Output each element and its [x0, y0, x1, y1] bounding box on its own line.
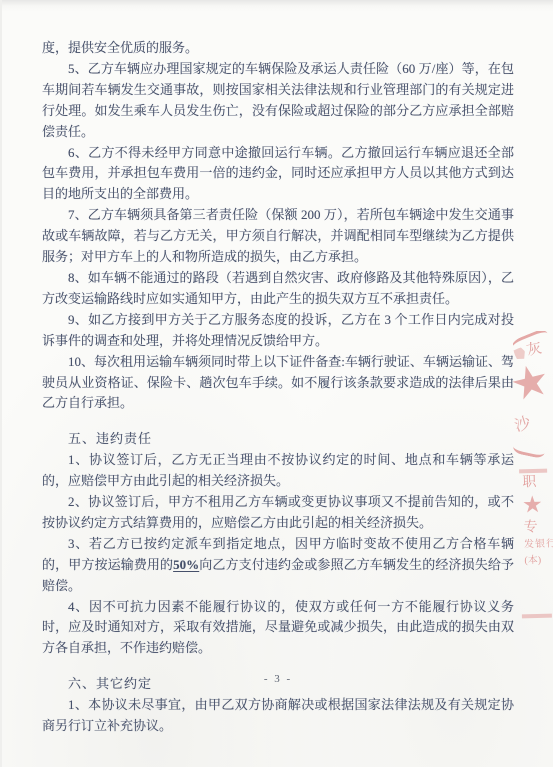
paragraph: 10、每次租用运输车辆须同时带上以下证件备查:车辆行驶证、车辆运输证、驾驶员从业… — [42, 352, 514, 415]
section-heading: 五、违约责任 — [42, 429, 514, 450]
paragraph: 6、乙方不得未经甲方同意中途撤回运行车辆。乙方撤回运行车辆应退还全部包车费用，并… — [42, 143, 514, 206]
paragraph: 5、乙方车辆应办理国家规定的车辆保险及承运人责任险（60 万/座）等，在包车期间… — [42, 59, 514, 143]
paragraph: 9、如乙方接到甲方关于乙方服务态度的投诉，乙方在 3 个工作日内完成对投诉事件的… — [42, 310, 514, 352]
seal-arc-top — [513, 331, 550, 354]
paragraph: 2、协议签订后，甲方不租用乙方车辆或变更协议事项又不提前告知的，或不按协议约定方… — [42, 492, 514, 534]
paragraph: 8、如车辆不能通过的路段（若遇到自然灾害、政府修路及其他特殊原因），乙方改变运输… — [42, 268, 514, 310]
document-body: 度，提供安全优质的服务。5、乙方车辆应办理国家规定的车辆保险及承运人责任险（60… — [42, 38, 514, 737]
seal-arc-bottom — [513, 440, 546, 459]
stamp-glyph: 专 — [523, 521, 537, 536]
stamp-glyph: ★ — [523, 496, 543, 516]
scanned-contract-page: 度，提供安全优质的服务。5、乙方车辆应办理国家规定的车辆保险及承运人责任险（60… — [0, 0, 553, 767]
paragraph: 1、本协议未尽事宜，由甲乙双方协商解决或根据国家法律法规及有关规定协商另行订立补… — [42, 695, 514, 737]
paragraph: 7、乙方车辆须具备第三者责任险（保额 200 万），若所包车辆途中发生交通事故或… — [42, 205, 514, 268]
page-number: - 3 - — [42, 673, 514, 685]
red-stamp-fragment-lower: 职★专发银行(本) — [517, 466, 553, 621]
paragraph: 1、协议签订后，乙方无正当理由不按协议约定的时间、地点和车辆等承运的，应赔偿甲方… — [42, 450, 514, 492]
seal-star-icon: ★ — [513, 361, 552, 405]
stamp-glyph: (本) — [524, 556, 541, 567]
stamp-glyph: 职 — [522, 476, 536, 491]
seal-text-bottom: 沙 — [513, 415, 535, 436]
red-seal-fragment-upper: 灰 ★ 沙 — [513, 331, 553, 459]
paragraph: 4、因不可抗力因素不能履行协议的，使双方或任何一方不能履行协议义务时，应及时通知… — [42, 597, 514, 660]
paragraph: 3、若乙方已按约定派车到指定地点，因甲方临时变故不使用乙方合格车辆的，甲方按运输… — [42, 534, 514, 597]
underlined-value: 50% — [173, 557, 199, 572]
stamp-glyph: 发银行 — [524, 540, 553, 551]
paragraph: 度，提供安全优质的服务。 — [42, 38, 514, 59]
seal-text-top: 灰 — [513, 341, 545, 362]
